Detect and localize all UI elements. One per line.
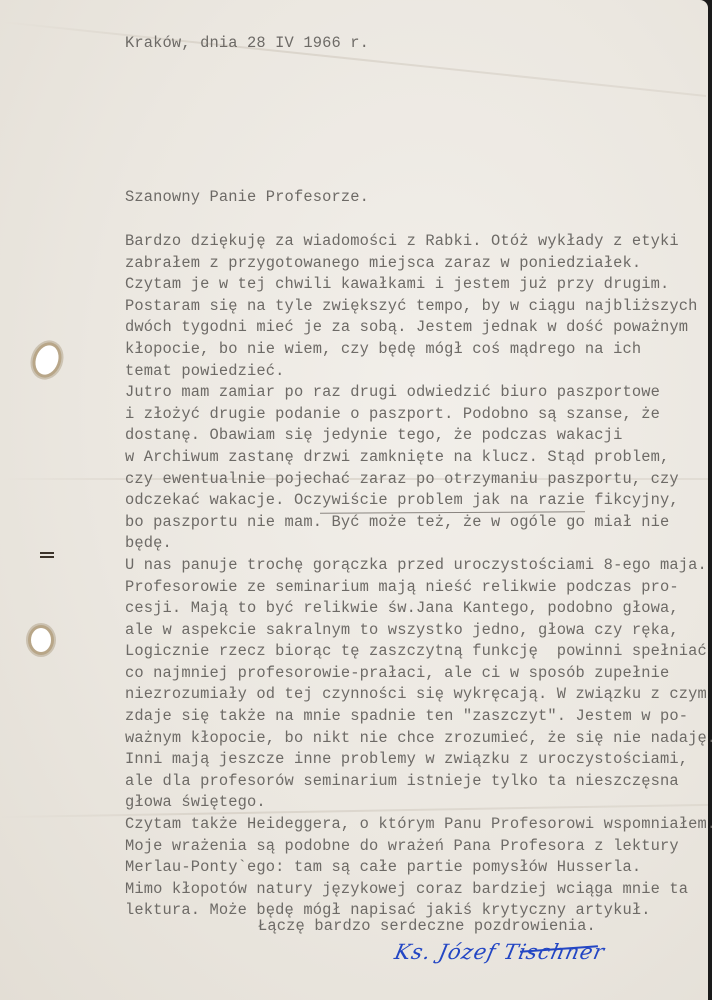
punch-hole <box>31 628 51 652</box>
body-line: w Archiwum zastanę drzwi zamknięte na kl… <box>125 447 712 469</box>
body-line: niezrozumiały od tej czynności się wykrę… <box>125 684 712 706</box>
body-line: Moje wrażenia są podobne do wrażeń Pana … <box>125 836 712 858</box>
body-line: Czytam także Heideggera, o którym Panu P… <box>125 814 712 836</box>
body-line: bo paszportu nie mam. Być może też, że w… <box>125 512 712 534</box>
body-line: dostanę. Obawiam się jedynie tego, że po… <box>125 425 712 447</box>
body-line: ważnym kłopocie, bo nikt nie chce zrozum… <box>125 728 712 750</box>
body-line: Logicznie rzecz biorąc tę zaszczytną fun… <box>125 641 712 663</box>
letter-page: Kraków, dnia 28 IV 1966 r. Szanowny Pani… <box>0 0 708 1000</box>
body-line: czy ewentualnie pojechać zaraz po otrzym… <box>125 469 712 491</box>
body-line: i złożyć drugie podanie o paszport. Podo… <box>125 404 712 426</box>
salutation: Szanowny Panie Profesorze. <box>125 187 369 209</box>
punch-hole <box>32 342 63 378</box>
date-line: Kraków, dnia 28 IV 1966 r. <box>125 33 369 55</box>
body-line: co najmniej profesorowie-prałaci, ale ci… <box>125 663 712 685</box>
closing-line: Łączę bardzo serdeczne pozdrowienia. <box>258 916 596 938</box>
body-line: odczekać wakacje. Oczywiście problem jak… <box>125 490 712 512</box>
body-line: zdaje się także na mnie spadnie ten "zas… <box>125 706 712 728</box>
body-line: kłopocie, bo nie wiem, czy będę mógł coś… <box>125 339 712 361</box>
body-line: zabrałem z przygotowanego miejsca zaraz … <box>125 253 712 275</box>
body-line: Bardzo dziękuję za wiadomości z Rabki. O… <box>125 231 712 253</box>
body-line: Merlau-Ponty`ego: tam są całe partie pom… <box>125 857 712 879</box>
body-line: ale dla profesorów seminarium istnieje t… <box>125 771 712 793</box>
body-line: U nas panuje trochę gorączka przed urocz… <box>125 555 712 577</box>
body-line: Postaram się na tyle zwiększyć tempo, by… <box>125 296 712 318</box>
body-line: będę. <box>125 533 712 555</box>
body-line: Mimo kłopotów natury językowej coraz bar… <box>125 879 712 901</box>
body-line: Czytam je w tej chwili kawałkami i jeste… <box>125 274 712 296</box>
body-line: dwóch tygodni mieć je za sobą. Jestem je… <box>125 317 712 339</box>
body-line: Profesorowie ze seminarium mają nieść re… <box>125 577 712 599</box>
body-line: cesji. Mają to być relikwie św.Jana Kant… <box>125 598 712 620</box>
body-line: ale w aspekcie sakralnym to wszystko jed… <box>125 620 712 642</box>
body-line: głowa świętego. <box>125 792 712 814</box>
body-line: temat powiedzieć. <box>125 361 712 383</box>
margin-ink-mark <box>40 552 54 554</box>
body-line: Jutro mam zamiar po raz drugi odwiedzić … <box>125 382 712 404</box>
letter-body: Bardzo dziękuję za wiadomości z Rabki. O… <box>125 231 712 922</box>
body-line: Inni mają jeszcze inne problemy w związk… <box>125 749 712 771</box>
handwritten-signature: Ks. Józef Tischner <box>392 940 607 964</box>
